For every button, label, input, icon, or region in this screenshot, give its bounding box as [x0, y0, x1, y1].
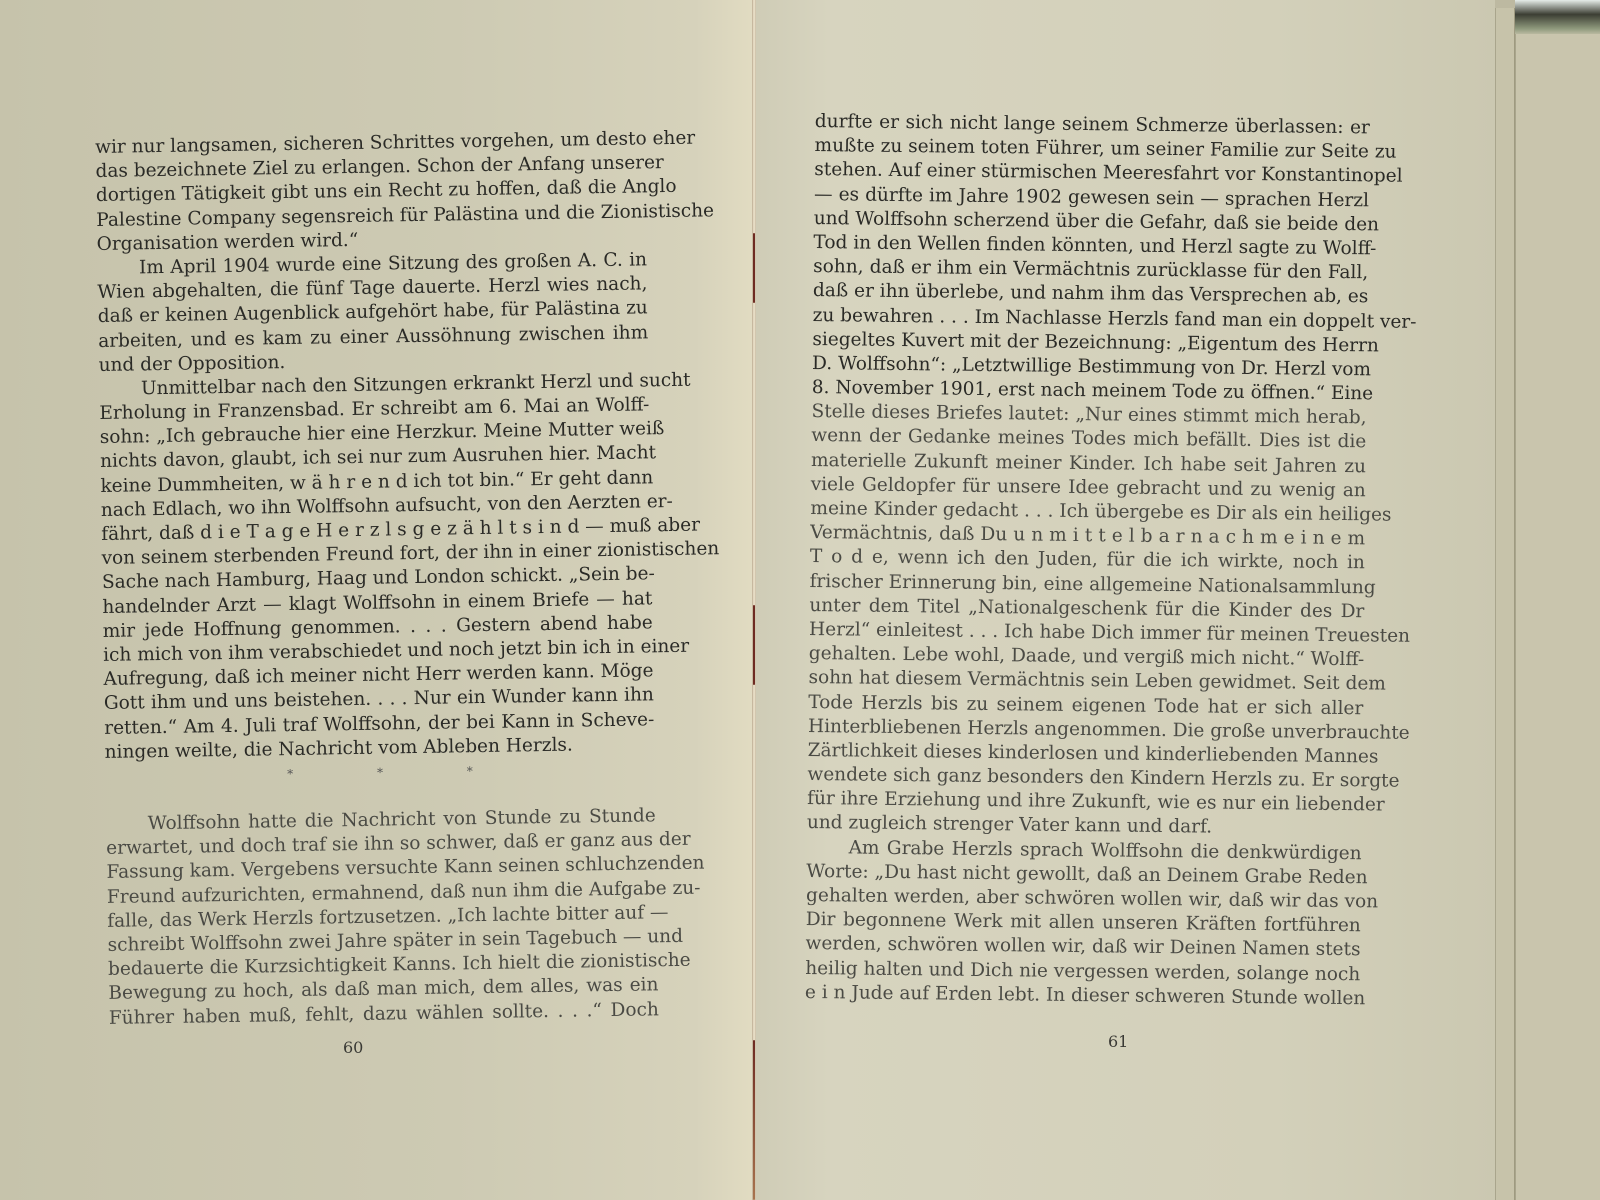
- spine-mark: [753, 233, 755, 303]
- book-cover-back: [1515, 34, 1600, 1200]
- page-stack-edge: [1495, 8, 1516, 1200]
- left-page: wir nur langsamen, sicheren Schrittes vo…: [0, 0, 755, 1200]
- background-object: [1515, 0, 1600, 36]
- right-page-text: durfte er sich nicht lange seinem Schmer…: [805, 110, 1370, 1011]
- spine-mark: [753, 1040, 755, 1200]
- page-number-right: 61: [1108, 1032, 1128, 1051]
- left-page-text: wir nur langsamen, sicheren Schrittes vo…: [95, 127, 659, 1030]
- spine-mark: [753, 605, 755, 685]
- book-spine: [752, 0, 756, 1200]
- page-number-left: 60: [343, 1038, 363, 1057]
